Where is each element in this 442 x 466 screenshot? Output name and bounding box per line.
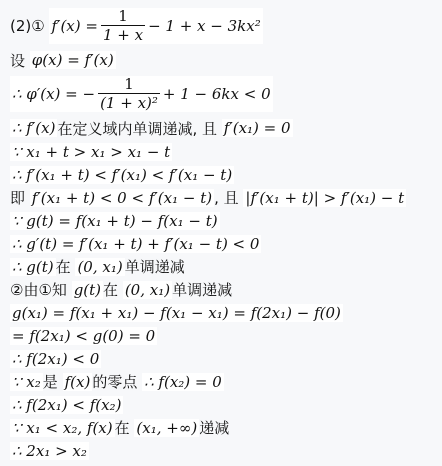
- text: 递减: [199, 417, 229, 438]
- line-8: ∵ g(t) = f(x₁ + t) − f(x₁ − t): [10, 209, 442, 232]
- math-expression: f′(x₁) = 0: [222, 119, 293, 137]
- math-text: f′(x) =: [51, 17, 97, 35]
- math-expression: g(t): [72, 281, 103, 299]
- line-15: ∵ x₂ 是 f(x) 的零点 ∴ f(x₂) = 0: [10, 370, 442, 393]
- math-expression: = f(2x₁) < g(0) = 0: [10, 327, 157, 345]
- math-expression: ∴ g(t): [10, 258, 56, 276]
- math-expression: ∴ g′(t) = f′(x₁ + t) + f′(x₁ − t) < 0: [10, 235, 261, 253]
- math-expression: (0, x₁): [75, 258, 124, 276]
- math-expression: ∵ x₂: [10, 373, 43, 391]
- line-17: ∵ x₁ < x₂, f(x) 在 (x₁, +∞) 递减: [10, 416, 442, 439]
- math-expression: ∵ x₁ + t > x₁ > x₁ − t: [10, 143, 172, 161]
- numerator: 1: [116, 8, 130, 25]
- line-12: g(x₁) = f(x₁ + x₁) − f(x₁ − x₁) = f(2x₁)…: [10, 301, 442, 324]
- math-expression: ∴ f(x₂) = 0: [142, 373, 224, 391]
- math-expression: ∴ 2x₁ > x₂: [10, 442, 89, 460]
- math-expression: (x₁, +∞): [134, 419, 199, 437]
- denominator: 1 + x: [101, 25, 145, 44]
- math-expression: f(x): [63, 373, 93, 391]
- math-text: − 1 + x − 3kx²: [148, 17, 261, 35]
- math-text: ∴ φ′(x) = −: [12, 85, 95, 103]
- derivative-formula: f′(x) = 1 1 + x − 1 + x − 3kx²: [49, 8, 262, 44]
- text: 的零点: [92, 371, 137, 392]
- math-expression: ∵ g(t) = f(x₁ + t) − f(x₁ − t): [10, 212, 220, 230]
- line-10: ∴ g(t) 在 (0, x₁) 单调递减: [10, 255, 442, 278]
- math-expression: g(x₁) = f(x₁ + x₁) − f(x₁ − x₁) = f(2x₁)…: [10, 304, 343, 322]
- math-expression: ∵ x₁ < x₂, f(x): [10, 419, 115, 437]
- line-11: ②由①知 g(t) 在 (0, x₁) 单调递减: [10, 278, 442, 301]
- math-expression: |f′(x₁ + t)| > f′(x₁) − t: [243, 189, 406, 207]
- text: 在定义域内单调递减, 且: [57, 118, 217, 139]
- text: 在: [115, 417, 130, 438]
- solution-document: (2)① f′(x) = 1 1 + x − 1 + x − 3kx² 设 φ(…: [0, 0, 442, 462]
- line-6: ∴ f′(x₁ + t) < f′(x₁) < f′(x₁ − t): [10, 163, 442, 186]
- math-expression: φ(x) = f′(x): [30, 51, 116, 69]
- text: 在: [56, 256, 71, 277]
- math-expression: ∴ φ′(x) = − 1 (1 + x)² + 1 − 6kx < 0: [10, 76, 273, 112]
- text: , 且: [214, 187, 239, 208]
- text: 单调递减: [172, 279, 232, 300]
- text: ②由①知: [10, 279, 67, 300]
- denominator: (1 + x)²: [98, 93, 160, 112]
- text: 即: [10, 187, 25, 208]
- line-14: ∴ f(2x₁) < 0: [10, 347, 442, 370]
- text: 在: [103, 279, 118, 300]
- math-expression: (0, x₁): [123, 281, 172, 299]
- text: 单调递减: [125, 256, 185, 277]
- math-text: + 1 − 6kx < 0: [163, 85, 271, 103]
- line-5: ∵ x₁ + t > x₁ > x₁ − t: [10, 140, 442, 163]
- math-expression: ∴ f(2x₁) < 0: [10, 350, 101, 368]
- line-13: = f(2x₁) < g(0) = 0: [10, 324, 442, 347]
- line-1: (2)① f′(x) = 1 1 + x − 1 + x − 3kx²: [10, 4, 442, 48]
- math-expression: ∴ f′(x₁ + t) < f′(x₁) < f′(x₁ − t): [10, 166, 234, 184]
- line-4: ∴ f′(x) 在定义域内单调递减, 且 f′(x₁) = 0: [10, 116, 442, 140]
- line-2: 设 φ(x) = f′(x): [10, 48, 442, 72]
- line-18: ∴ 2x₁ > x₂: [10, 439, 442, 462]
- line-7: 即 f′(x₁ + t) < 0 < f′(x₁ − t) , 且 |f′(x₁…: [10, 186, 442, 209]
- line-16: ∴ f(2x₁) < f(x₂): [10, 393, 442, 416]
- part-label: (2)①: [10, 17, 45, 35]
- math-expression: ∴ f′(x): [10, 119, 57, 137]
- math-expression: ∴ f(2x₁) < f(x₂): [10, 396, 123, 414]
- line-9: ∴ g′(t) = f′(x₁ + t) + f′(x₁ − t) < 0: [10, 232, 442, 255]
- line-3: ∴ φ′(x) = − 1 (1 + x)² + 1 − 6kx < 0: [10, 72, 442, 116]
- fraction: 1 (1 + x)²: [98, 76, 160, 112]
- text: 设: [10, 50, 25, 71]
- math-expression: f′(x₁ + t) < 0 < f′(x₁ − t): [30, 189, 214, 207]
- text: 是: [43, 371, 58, 392]
- fraction: 1 1 + x: [101, 8, 145, 44]
- numerator: 1: [122, 76, 136, 93]
